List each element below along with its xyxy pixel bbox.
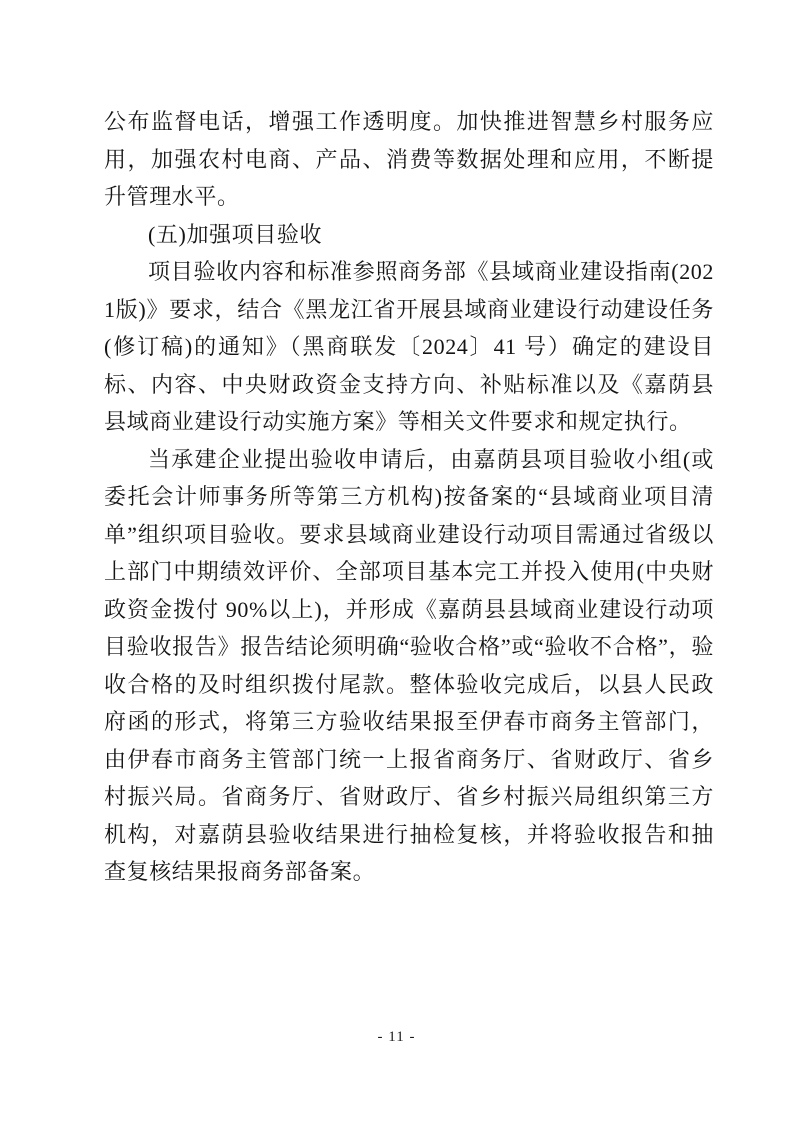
paragraph: 当承建企业提出验收申请后，由嘉荫县项目验收小组(或委托会计师事务所等第三方机构)… <box>104 441 714 891</box>
paragraph-continuation: 公布监督电话，增强工作透明度。加快推进智慧乡村服务应用，加强农村电商、产品、消费… <box>104 103 714 216</box>
paragraph: 项目验收内容和标准参照商务部《县域商业建设指南(2021版)》要求，结合《黑龙江… <box>104 253 714 441</box>
page-number: - 11 - <box>378 1029 416 1045</box>
page-footer: - 11 - <box>0 1028 793 1046</box>
section-heading: (五)加强项目验收 <box>104 216 714 254</box>
document-page: 公布监督电话，增强工作透明度。加快推进智慧乡村服务应用，加强农村电商、产品、消费… <box>0 0 793 1122</box>
document-body: 公布监督电话，增强工作透明度。加快推进智慧乡村服务应用，加强农村电商、产品、消费… <box>104 103 714 891</box>
